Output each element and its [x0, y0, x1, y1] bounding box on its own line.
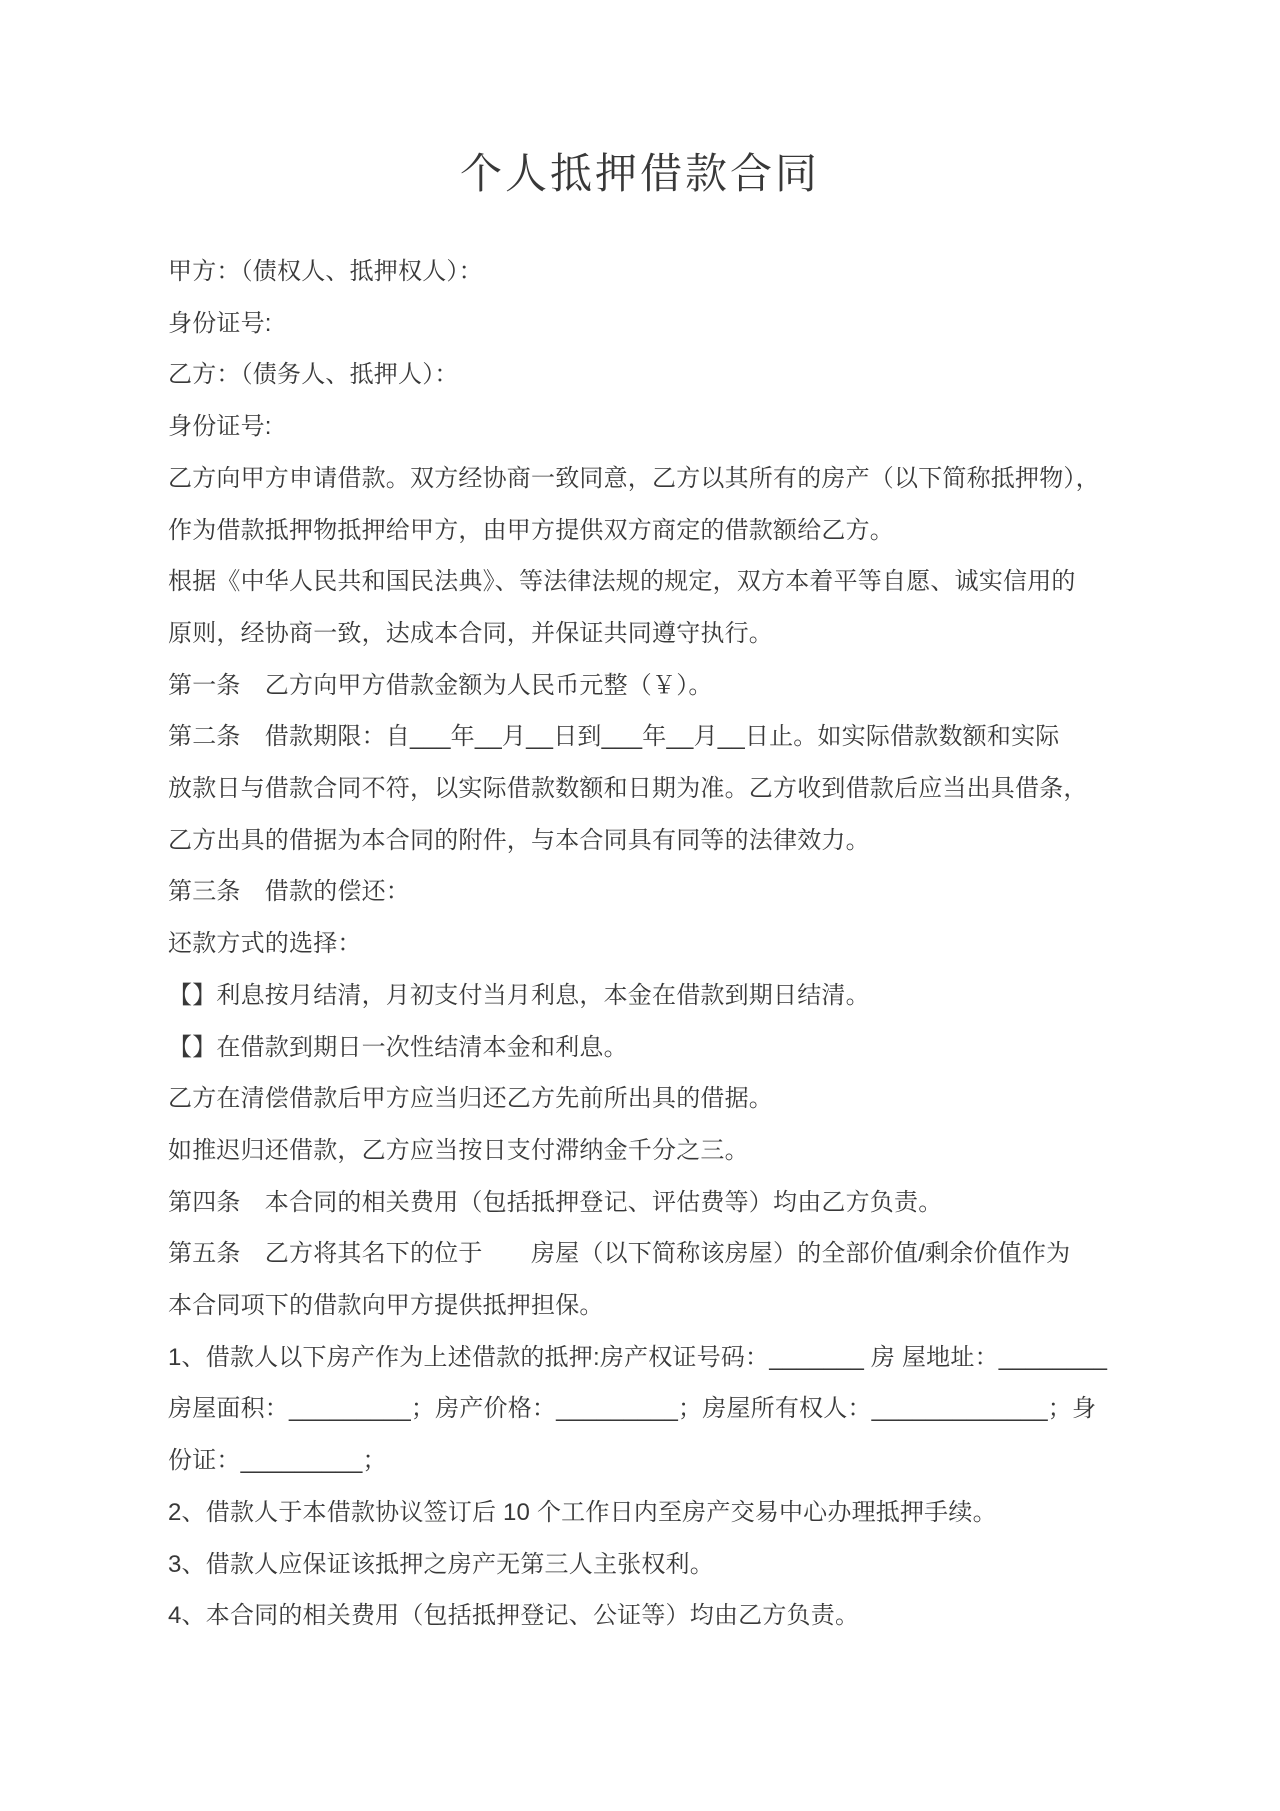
- contract-line: 份证：_________；: [168, 1435, 1112, 1487]
- contract-line: 乙方：（债务人、抵押人）：: [168, 349, 1112, 401]
- contract-line: 第一条 乙方向甲方借款金额为人民币元整（￥）。: [168, 660, 1112, 712]
- contract-line: 3、借款人应保证该抵押之房产无第三人主张权利。: [168, 1539, 1112, 1591]
- contract-line: 身份证号:: [168, 401, 1112, 453]
- contract-line: 【】在借款到期日一次性结清本金和利息。: [168, 1022, 1112, 1074]
- contract-line: 如推迟归还借款，乙方应当按日支付滞纳金千分之三。: [168, 1125, 1112, 1177]
- contract-body: 甲方：（债权人、抵押权人）：身份证号:乙方：（债务人、抵押人）：身份证号:乙方向…: [168, 246, 1112, 1642]
- contract-line: 原则，经协商一致，达成本合同，并保证共同遵守执行。: [168, 608, 1112, 660]
- contract-line: 房屋面积：_________；房产价格：_________；房屋所有权人：___…: [168, 1383, 1112, 1435]
- contract-line: 甲方：（债权人、抵押权人）：: [168, 246, 1112, 298]
- contract-line: 4、本合同的相关费用（包括抵押登记、公证等）均由乙方负责。: [168, 1590, 1112, 1642]
- contract-line: 放款日与借款合同不符，以实际借款数额和日期为准。乙方收到借款后应当出具借条，: [168, 763, 1112, 815]
- contract-line: 本合同项下的借款向甲方提供抵押担保。: [168, 1280, 1112, 1332]
- contract-line: 身份证号:: [168, 298, 1112, 350]
- contract-line: 1、借款人以下房产作为上述借款的抵押:房产权证号码：_______ 房 屋地址：…: [168, 1332, 1112, 1384]
- contract-line: 第二条 借款期限：自___年__月__日到___年__月__日止。如实际借款数额…: [168, 711, 1112, 763]
- contract-line: 乙方出具的借据为本合同的附件，与本合同具有同等的法律效力。: [168, 815, 1112, 867]
- contract-line: 第四条 本合同的相关费用（包括抵押登记、评估费等）均由乙方负责。: [168, 1177, 1112, 1229]
- contract-line: 作为借款抵押物抵押给甲方，由甲方提供双方商定的借款额给乙方。: [168, 505, 1112, 557]
- contract-line: 第五条 乙方将其名下的位于 房屋（以下简称该房屋）的全部价值/剩余价值作为: [168, 1228, 1112, 1280]
- contract-line: 第三条 借款的偿还：: [168, 866, 1112, 918]
- contract-page: 个人抵押借款合同 甲方：（债权人、抵押权人）：身份证号:乙方：（债务人、抵押人）…: [0, 0, 1280, 1811]
- contract-line: 乙方在清偿借款后甲方应当归还乙方先前所出具的借据。: [168, 1073, 1112, 1125]
- contract-line: 2、借款人于本借款协议签订后 10 个工作日内至房产交易中心办理抵押手续。: [168, 1487, 1112, 1539]
- contract-line: 根据《中华人民共和国民法典》、等法律法规的规定，双方本着平等自愿、诚实信用的: [168, 556, 1112, 608]
- document-title: 个人抵押借款合同: [168, 148, 1112, 200]
- contract-line: 还款方式的选择：: [168, 918, 1112, 970]
- contract-line: 乙方向甲方申请借款。双方经协商一致同意，乙方以其所有的房产（以下简称抵押物），: [168, 453, 1112, 505]
- contract-line: 【】利息按月结清，月初支付当月利息，本金在借款到期日结清。: [168, 970, 1112, 1022]
